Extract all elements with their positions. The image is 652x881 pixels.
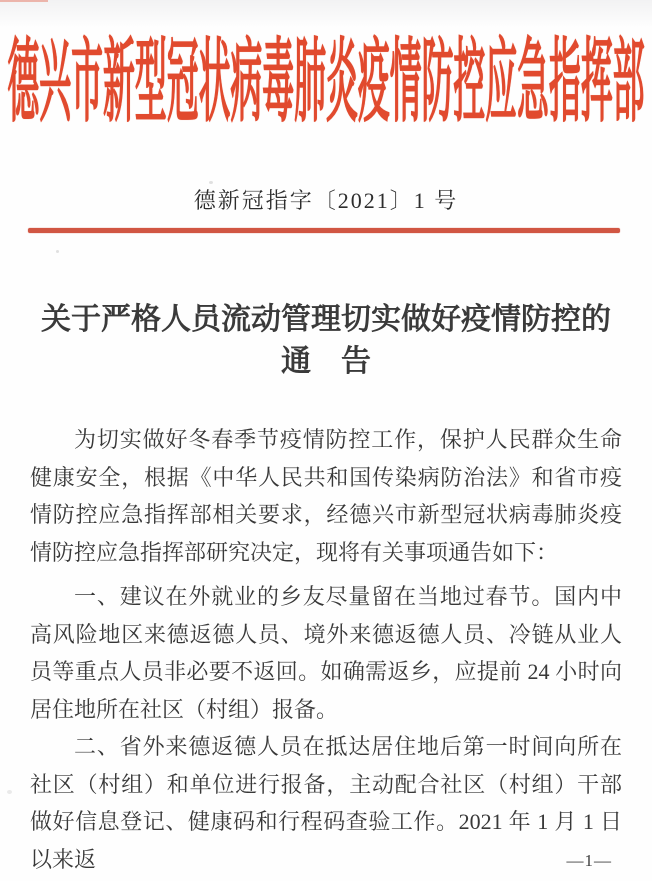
scan-top-tint <box>0 0 652 28</box>
page-number: —1— <box>567 850 613 872</box>
document-title: 关于严格人员流动管理切实做好疫情防控的 通 告 <box>0 299 652 383</box>
scan-speck <box>7 790 12 794</box>
document-title-line-1: 关于严格人员流动管理切实做好疫情防控的 <box>0 299 652 341</box>
scanned-document-page: 德兴市新型冠状病毒肺炎疫情防控应急指挥部 德新冠指字〔2021〕1 号 关于严格… <box>0 0 652 881</box>
document-title-line-2: 通 告 <box>0 341 652 383</box>
red-header-masthead: 德兴市新型冠状病毒肺炎疫情防控应急指挥部 <box>0 34 652 134</box>
scan-speck <box>56 250 59 253</box>
scan-red-sliver-artifact <box>0 0 48 2</box>
red-divider-line <box>28 228 620 233</box>
body-paragraph-intro: 为切实做好冬春季节疫情防控工作，保护人民群众生命健康安全，根据《中华人民共和国传… <box>30 421 622 571</box>
document-reference-number: 德新冠指字〔2021〕1 号 <box>0 185 652 217</box>
document-body: 为切实做好冬春季节疫情防控工作，保护人民群众生命健康安全，根据《中华人民共和国传… <box>30 421 622 878</box>
body-paragraph-item-2: 二、省外来德返德人员在抵达居住地后第一时间向所在社区（村组）和单位进行报备，主动… <box>30 728 622 878</box>
body-paragraph-item-1: 一、建议在外就业的乡友尽量留在当地过春节。国内中高风险地区来德返德人员、境外来德… <box>30 578 622 728</box>
scan-speck <box>209 181 213 184</box>
issuing-authority-title: 德兴市新型冠状病毒肺炎疫情防控应急指挥部 <box>7 38 644 130</box>
